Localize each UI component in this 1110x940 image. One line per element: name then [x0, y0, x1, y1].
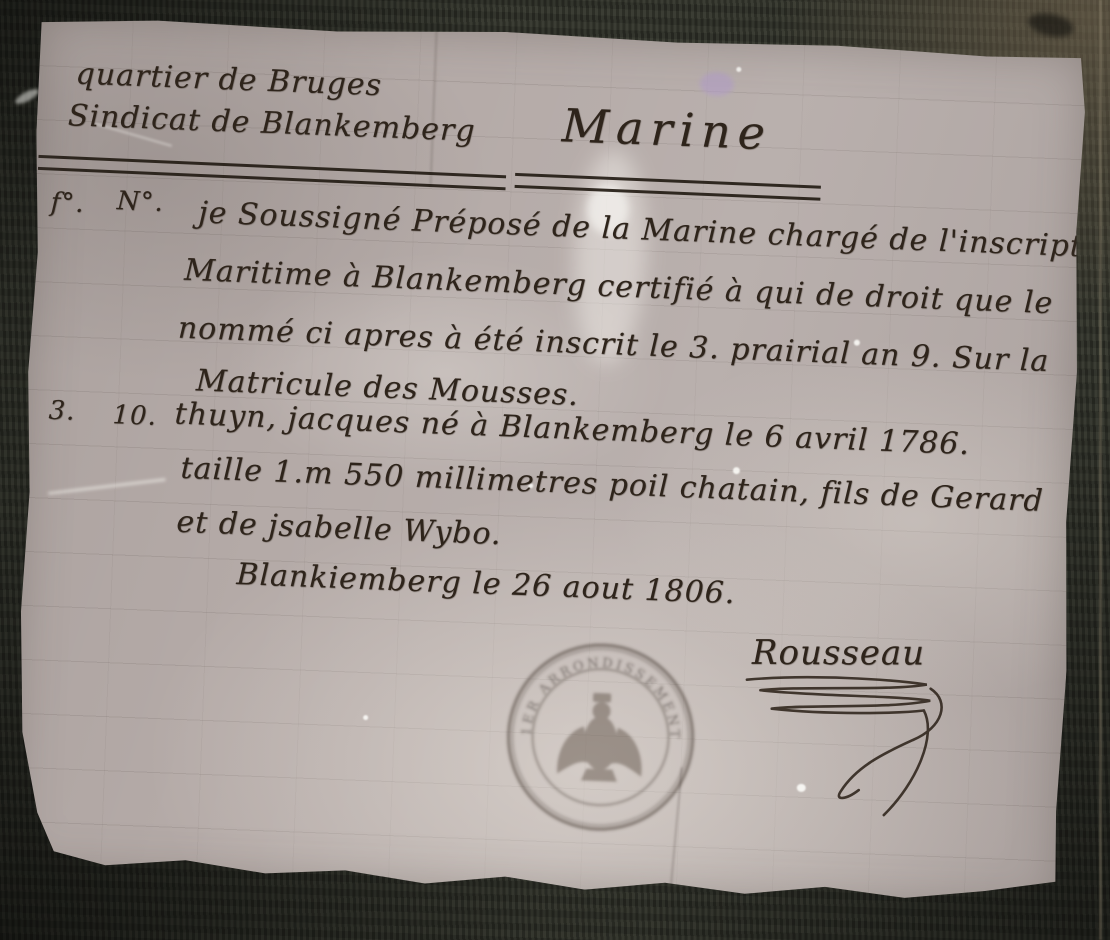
double-rule-under-title [515, 173, 821, 201]
signature-flourish [734, 667, 960, 825]
dateline: Blankiemberg le 26 aout 1806. [236, 558, 736, 610]
eagle-emblem [557, 692, 645, 783]
backing-edge-highlight [1099, 0, 1102, 940]
body-line-1: je Soussigné Préposé de la Marine chargé… [198, 196, 1110, 265]
header-district-line: quartier de Bruges [75, 58, 383, 103]
entry-line-3: et de jsabelle Wybo. [176, 506, 502, 551]
double-rule-left [38, 155, 506, 190]
header-syndicate-line: Sindicat de Blankemberg [67, 99, 476, 148]
paper-scratch [48, 478, 166, 495]
paper-speck [736, 67, 741, 72]
paper-document: quartier de Bruges Sindicat de Blankembe… [5, 12, 1090, 914]
numero-label: N°. [116, 187, 164, 217]
entry-number-col1: 3. [48, 397, 76, 427]
imperial-eagle-seal-stamp: 1ER ARRONDISSEMENT [497, 633, 705, 841]
folio-label: f°. [50, 189, 85, 219]
purple-smudge [699, 71, 734, 96]
entry-line-2: taille 1.m 550 millimetres poil chatain,… [180, 452, 1044, 518]
photograph-of-document: quartier de Bruges Sindicat de Blankembe… [0, 0, 1110, 940]
paper-speck [363, 715, 368, 720]
entry-number-col2: 10. [112, 401, 157, 431]
page-title: Marine [561, 100, 773, 159]
paper-crease [430, 27, 438, 187]
signature-name: Rousseau [752, 635, 925, 673]
